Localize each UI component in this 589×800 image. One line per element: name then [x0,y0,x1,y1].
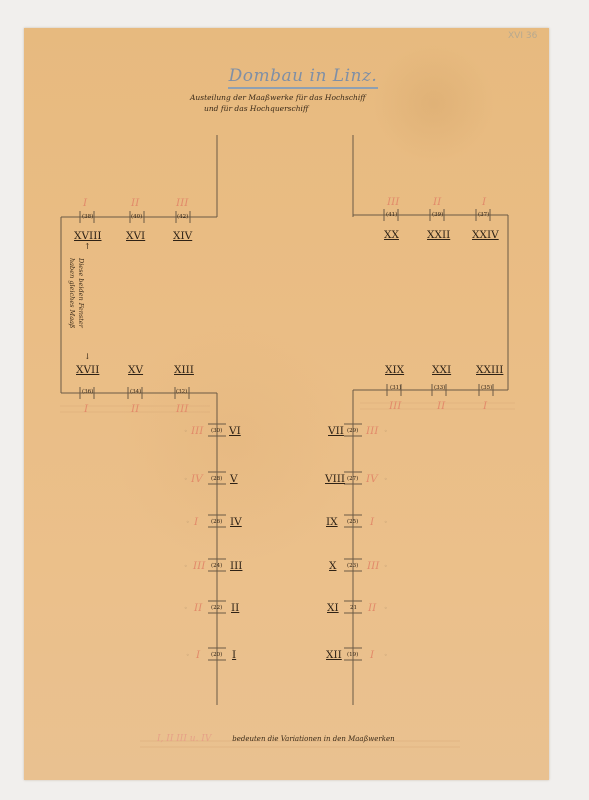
variation-label: I [370,516,374,528]
window-number: (25) [347,519,358,525]
arrow-down-icon: ↓ [84,352,91,361]
window-label: V [230,473,238,485]
window-label: XVII [76,364,99,376]
window-number: (41) [386,212,397,218]
window-number: 21 [350,605,357,611]
window-number: (26) [211,519,222,525]
window-label: IX [326,516,338,528]
window-label: VI [229,425,241,437]
window-label: III [230,560,242,572]
window-label: XVIII [74,230,102,242]
variation-label: II [194,602,202,614]
window-number: (31) [390,385,401,391]
window-label: XIII [174,364,194,376]
variation-label: II [131,403,139,415]
variation-label: III [389,400,401,412]
window-label: XIV [173,230,192,242]
window-label: XVI [126,230,145,242]
variation-label: III [176,197,188,209]
window-number: (23) [347,563,358,569]
variation-label: II [437,400,445,412]
window-number: (34) [130,389,141,395]
tick-mark: ◦ [384,605,388,612]
window-label: XI [327,602,339,614]
window-label: XII [326,649,342,661]
window-number: (40) [131,214,142,220]
variation-label: II [433,196,441,208]
side-note: Diese beiden Fenster haben gleiches Maaß [67,258,85,348]
tick-mark: ◦ [184,428,188,435]
window-number: (30) [211,428,222,434]
tick-mark: ◦ [384,652,388,659]
tick-mark: ◦ [186,652,190,659]
variation-label: III [387,196,399,208]
window-number: (33) [434,385,445,391]
window-number: (22) [211,605,222,611]
window-number: (42) [177,214,188,220]
tick-mark: ◦ [184,563,188,570]
tick-mark: ◦ [184,476,188,483]
window-number: (36) [82,389,93,395]
window-label: XXII [427,229,450,241]
tick-mark: ◦ [384,476,388,483]
tick-mark: ◦ [184,605,188,612]
window-number: (19) [347,652,358,658]
tick-mark: ◦ [384,563,388,570]
tick-mark: ◦ [186,519,190,526]
window-label: XXI [432,364,451,376]
window-label: XV [128,364,143,376]
window-number: (28) [211,476,222,482]
tick-mark: ◦ [384,428,388,435]
window-label: XIX [385,364,404,376]
variation-label: II [131,197,139,209]
variation-label: III [193,560,205,572]
variation-label: III [191,425,203,437]
window-number: (37) [478,212,489,218]
variation-label: III [366,425,378,437]
variation-label: IV [366,473,378,485]
variation-label: II [368,602,376,614]
window-number: (27) [347,476,358,482]
window-label: I [232,649,236,661]
window-label: VII [328,425,344,437]
variation-label: I [194,516,198,528]
variation-label: I [83,197,87,209]
window-number: (39) [432,212,443,218]
variation-label: I [483,400,487,412]
window-number: (32) [176,389,187,395]
window-label: IV [230,516,242,528]
variation-label: I [370,649,374,661]
variation-label: I [482,196,486,208]
window-number: (38) [82,214,93,220]
window-label: X [329,560,336,572]
variation-label: III [367,560,379,572]
floor-plan-lines [0,0,589,800]
window-number: (24) [211,563,222,569]
window-label: XX [384,229,399,241]
legend: I, II III u. IV bedeuten die Variationen… [157,734,395,744]
variation-label: III [176,403,188,415]
window-number: (35) [481,385,492,391]
variation-label: I [196,649,200,661]
variation-label: IV [191,473,203,485]
window-number: (20) [211,652,222,658]
arrow-up-icon: ↑ [84,242,91,251]
window-label: XXIII [476,364,503,376]
window-label: II [231,602,239,614]
window-number: (29) [347,428,358,434]
window-label: XXIV [472,229,499,241]
variation-label: I [84,403,88,415]
legend-text: bedeuten die Variationen in den Maaßwerk… [232,735,394,743]
window-label: VIII [325,473,345,485]
tick-mark: ◦ [384,519,388,526]
legend-symbols: I, II III u. IV [157,734,211,744]
